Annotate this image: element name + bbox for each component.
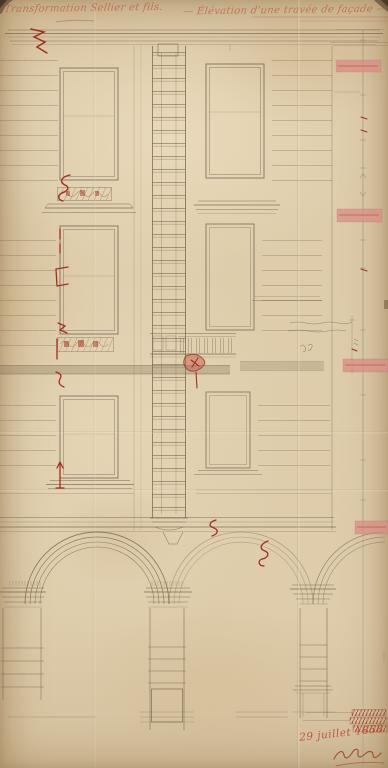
pink-marker-4	[355, 521, 388, 534]
pink-marker-2	[337, 209, 382, 222]
pink-wash-markers	[336, 60, 388, 534]
ground-lines	[8, 712, 335, 722]
pink-marker-1	[336, 60, 381, 72]
red-check-mark	[58, 323, 67, 333]
drawing-sheet: Transformation Sellier et fils. — Élévat…	[0, 0, 388, 768]
capital-left	[0, 581, 46, 607]
window-lower-right	[206, 392, 250, 468]
balcony-frieze	[58, 188, 112, 201]
window-lower-left	[60, 396, 118, 478]
entablature	[0, 518, 336, 532]
elevation-drawing	[0, 0, 388, 768]
red-squiggle-arch-left	[210, 520, 217, 536]
ornament-panel	[58, 338, 114, 352]
pier-left	[1, 608, 44, 700]
window-upper-left	[60, 68, 118, 180]
pink-marker-3	[343, 359, 388, 372]
ladder-bracket	[150, 518, 188, 544]
sill-cornice-left	[42, 204, 136, 213]
red-bracket-mark	[56, 267, 68, 286]
sill-cornice-right	[194, 201, 280, 214]
red-dimension-ticks	[352, 117, 367, 351]
dimension-line	[330, 30, 388, 767]
top-cornice	[5, 30, 383, 51]
arcade-arches	[25, 532, 385, 604]
window-mid-right	[206, 224, 254, 330]
window-mid-left	[60, 226, 118, 334]
central-ladder	[153, 44, 186, 518]
column-center-right	[293, 608, 333, 718]
window-upper-right	[206, 64, 264, 178]
signature	[334, 749, 384, 766]
title-underline-left	[56, 20, 94, 22]
drawing-title-left: Transformation Sellier et fils.	[3, 2, 163, 16]
